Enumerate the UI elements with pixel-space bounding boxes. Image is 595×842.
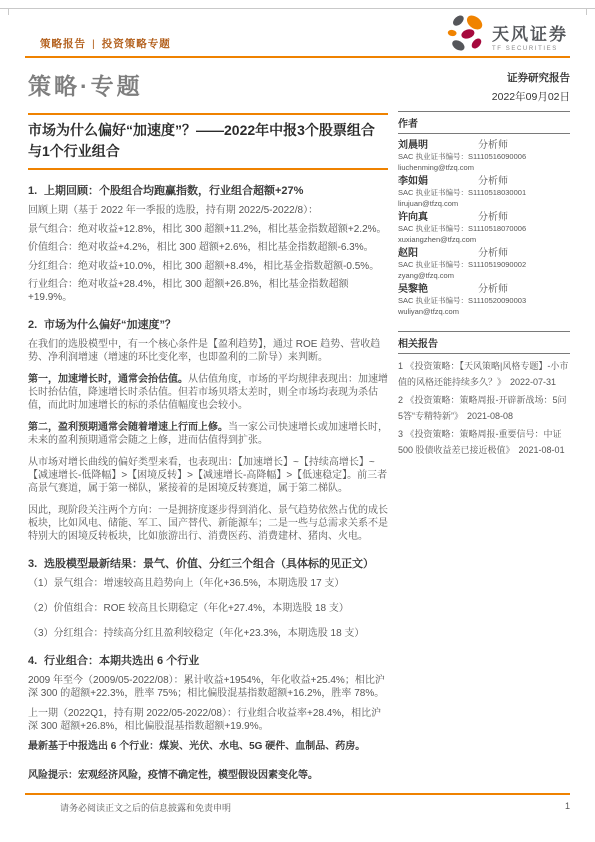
author-email: xuxiangzhen@tfzq.com bbox=[398, 235, 570, 245]
report-type: 策略报告 bbox=[40, 38, 86, 50]
report-date-text: 2022-07-31 bbox=[510, 377, 556, 387]
author-entry: 李如娟分析师 SAC 执业证书编号：S1110518030001 lirujua… bbox=[398, 176, 570, 208]
paragraph: 第二，盈利预期通常会随着增速上行而上修。当一家公司快速增长或加速增长时，未来的盈… bbox=[28, 421, 388, 447]
paragraph: 第一，加速增长时，通常会抬估值。从估值角度，市场的平均规律表现出：加速增长时抬估… bbox=[28, 373, 388, 412]
paragraph-bold: 第一，加速增长时，通常会抬估值。 bbox=[28, 374, 188, 385]
sidebar: 证券研究报告 2022年09月02日 作者 刘晨明分析师 SAC 执业证书编号：… bbox=[398, 66, 570, 782]
section-heading-text: 市场为什么偏好“加速度”？ bbox=[44, 319, 176, 331]
paragraph-text: （1）景气组合：增速较高且趋势向上（年化+36.5%，本期选股 17 支） bbox=[28, 578, 344, 589]
paragraph: 从市场对增长曲线的偏好类型来看，也表现出：【加速增长】~【持续高增长】~【减速增… bbox=[28, 456, 388, 495]
author-name: 许向真 bbox=[398, 212, 478, 223]
brand-name: 天风证券 TF SECURITIES bbox=[492, 20, 568, 52]
section-heading: 3.选股模型最新结果：景气、价值、分红三个组合（具体标的见正文） bbox=[28, 555, 388, 571]
related-report-item: 1 《投资策略：【天风策略|风格专题】-小市值的风格还能持续多久？》2022-0… bbox=[398, 359, 570, 390]
report-page: 策略报告|投资策略专题 天风证券 TF SECURITIES 策略· bbox=[0, 0, 595, 842]
author-cert: SAC 执业证书编号：S1110519090002 bbox=[398, 260, 570, 270]
author-role: 分析师 bbox=[478, 248, 508, 259]
paragraph: 上一期（2022Q1，持有期 2022/05-2022/08）：行业组合收益率+… bbox=[28, 707, 388, 733]
paragraph-text: 2009 年至今（2009/05-2022/08）：累计收益+1954%，年化收… bbox=[28, 675, 385, 699]
paragraph-text: （3）分红组合：持续高分红且盈利较稳定（年化+23.3%，本期选股 18 支） bbox=[28, 628, 364, 639]
breadcrumb-separator: | bbox=[92, 38, 96, 50]
paragraph-text: 上一期（2022Q1，持有期 2022/05-2022/08）：行业组合收益率+… bbox=[28, 708, 381, 732]
author-entry: 刘晨明分析师 SAC 执业证书编号：S1110516090006 liuchen… bbox=[398, 140, 570, 172]
footer-disclaimer: 请务必阅读正文之后的信息披露和免责申明 bbox=[25, 801, 231, 814]
page-trim-tick-left bbox=[8, 8, 9, 15]
author-role: 分析师 bbox=[478, 212, 508, 223]
tf-flower-logo-icon bbox=[445, 12, 487, 59]
paragraph-text: 价值组合：绝对收益+4.2%，相比 300 超额+2.6%，相比基金指数超额-6… bbox=[28, 242, 374, 253]
author-role: 分析师 bbox=[478, 176, 508, 187]
related-reports-label: 相关报告 bbox=[398, 331, 570, 354]
related-report-item: 3 《投资策略：策略周报-重要信号：中证 500 股债收益差已接近极值》2021… bbox=[398, 427, 570, 458]
page-footer: 请务必阅读正文之后的信息披露和免责申明 1 bbox=[25, 793, 570, 814]
brand-name-cn: 天风证券 bbox=[492, 20, 568, 45]
section-heading: 4.行业组合：本期共选出 6 个行业 bbox=[28, 652, 388, 668]
paragraph: 价值组合：绝对收益+4.2%，相比 300 超额+2.6%，相比基金指数超额-6… bbox=[28, 241, 388, 254]
page-trim-tick-right bbox=[586, 8, 587, 15]
author-email: lirujuan@tfzq.com bbox=[398, 199, 570, 209]
author-entry: 赵阳分析师 SAC 执业证书编号：S1110519090002 zyang@tf… bbox=[398, 248, 570, 280]
brand-logo: 天风证券 TF SECURITIES bbox=[445, 12, 568, 59]
report-breadcrumb: 策略报告|投资策略专题 bbox=[40, 36, 171, 51]
section-review: 1.上期回顾：个股组合均跑赢指数，行业组合超额+27% 回顾上期（基于 2022… bbox=[28, 182, 388, 304]
related-reports-list: 1 《投资策略：【天风策略|风格专题】-小市值的风格还能持续多久？》2022-0… bbox=[398, 359, 570, 458]
paragraph-text: 分红组合：绝对收益+10.0%，相比 300 超额+8.4%，相比基金指数超额-… bbox=[28, 261, 379, 272]
brand-name-en: TF SECURITIES bbox=[492, 46, 568, 52]
paragraph-text: （2）价值组合：ROE 较高且长期稳定（年化+27.4%，本期选股 18 支） bbox=[28, 603, 349, 614]
paragraph: 在我们的选股模型中，有一个核心条件是【盈利趋势】，通过 ROE 趋势、营收趋势、… bbox=[28, 338, 388, 364]
author-cert: SAC 执业证书编号：S1110518030001 bbox=[398, 188, 570, 198]
paragraph-text: 回顾上期（基于 2022 年一季报的选股，持有期 2022/5-2022/8）： bbox=[28, 205, 318, 216]
paragraph-text: 从市场对增长曲线的偏好类型来看，也表现出：【加速增长】~【持续高增长】~【减速增… bbox=[28, 457, 387, 494]
paragraph: 因此，现阶段关注两个方向：一是拥挤度逐步得到消化、景气趋势依然占优的成长板块，比… bbox=[28, 504, 388, 543]
section-why-acceleration: 2.市场为什么偏好“加速度”？ 在我们的选股模型中，有一个核心条件是【盈利趋势】… bbox=[28, 316, 388, 543]
author-name: 刘晨明 bbox=[398, 140, 478, 151]
authors-label: 作者 bbox=[398, 111, 570, 134]
paragraph-text: 行业组合：绝对收益+28.4%，相比 300 超额+26.8%，相比基金指数超额… bbox=[28, 279, 349, 303]
author-entry: 许向真分析师 SAC 执业证书编号：S1110518070006 xuxiang… bbox=[398, 212, 570, 244]
risk-notice: 风险提示：宏观经济风险，疫情不确定性，模型假设因素变化等。 bbox=[28, 769, 388, 782]
report-title-block: 市场为什么偏好“加速度”？——2022年中报3个股票组合与1个行业组合 bbox=[28, 113, 388, 170]
main-column: 策略·专题 市场为什么偏好“加速度”？——2022年中报3个股票组合与1个行业组… bbox=[28, 66, 388, 782]
paragraph-bold: 第二，盈利预期通常会随着增速上行而上修。 bbox=[28, 422, 228, 433]
section-heading: 1.上期回顾：个股组合均跑赢指数，行业组合超额+27% bbox=[28, 182, 388, 198]
report-title: 市场为什么偏好“加速度”？——2022年中报3个股票组合与1个行业组合 bbox=[28, 120, 388, 162]
related-reports-box: 相关报告 1 《投资策略：【天风策略|风格专题】-小市值的风格还能持续多久？》2… bbox=[398, 331, 570, 458]
top-bar: 策略报告|投资策略专题 天风证券 TF SECURITIES bbox=[25, 18, 570, 58]
related-report-item: 2 《投资策略：策略周报-开辟新战场：5问5答“专精特新”》2021-08-08 bbox=[398, 393, 570, 424]
section-number: 2. bbox=[28, 319, 44, 331]
author-cert: SAC 执业证书编号：S1110518070006 bbox=[398, 224, 570, 234]
author-cert: SAC 执业证书编号：S1110516090006 bbox=[398, 152, 570, 162]
paragraph-text: 景气组合：绝对收益+12.8%，相比 300 超额+11.2%，相比基金指数超额… bbox=[28, 224, 387, 235]
paragraph-text: 因此，现阶段关注两个方向：一是拥挤度逐步得到消化、景气趋势依然占优的成长板块，比… bbox=[28, 505, 388, 542]
paragraph: （2）价值组合：ROE 较高且长期稳定（年化+27.4%，本期选股 18 支） bbox=[28, 602, 388, 615]
section-heading-text: 选股模型最新结果：景气、价值、分红三个组合（具体标的见正文） bbox=[44, 558, 374, 570]
paragraph: （3）分红组合：持续高分红且盈利较稳定（年化+23.3%，本期选股 18 支） bbox=[28, 627, 388, 640]
page-number: 1 bbox=[565, 801, 570, 814]
paragraph: 回顾上期（基于 2022 年一季报的选股，持有期 2022/5-2022/8）： bbox=[28, 204, 388, 217]
author-email: zyang@tfzq.com bbox=[398, 271, 570, 281]
author-name: 李如娟 bbox=[398, 176, 478, 187]
author-entry: 吴黎艳分析师 SAC 执业证书编号：S1110520090003 wuliyan… bbox=[398, 284, 570, 316]
report-series: 投资策略专题 bbox=[102, 38, 171, 50]
author-name: 吴黎艳 bbox=[398, 284, 478, 295]
section-number: 4. bbox=[28, 655, 44, 667]
paragraph: （1）景气组合：增速较高且趋势向上（年化+36.5%，本期选股 17 支） bbox=[28, 577, 388, 590]
paragraph: 最新基于中报选出 6 个行业：煤炭、光伏、水电、5G 硬件、血制品、药房。 bbox=[28, 740, 388, 753]
paragraph: 景气组合：绝对收益+12.8%，相比 300 超额+11.2%，相比基金指数超额… bbox=[28, 223, 388, 236]
author-email: wuliyan@tfzq.com bbox=[398, 307, 570, 317]
report-date-text: 2021-08-01 bbox=[519, 445, 565, 455]
paragraph-text: 在我们的选股模型中，有一个核心条件是【盈利趋势】，通过 ROE 趋势、营收趋势、… bbox=[28, 339, 380, 363]
author-role: 分析师 bbox=[478, 140, 508, 151]
paragraph: 分红组合：绝对收益+10.0%，相比 300 超额+8.4%，相比基金指数超额-… bbox=[28, 260, 388, 273]
doc-type-label: 证券研究报告 bbox=[398, 70, 570, 85]
page-trim-line bbox=[0, 8, 595, 9]
section-number: 3. bbox=[28, 558, 44, 570]
section-number: 1. bbox=[28, 185, 44, 197]
section-heading-text: 行业组合：本期共选出 6 个行业 bbox=[44, 655, 199, 667]
paragraph: 行业组合：绝对收益+28.4%，相比 300 超额+26.8%，相比基金指数超额… bbox=[28, 278, 388, 304]
report-category-title: 策略·专题 bbox=[28, 68, 388, 101]
author-role: 分析师 bbox=[478, 284, 508, 295]
author-name: 赵阳 bbox=[398, 248, 478, 259]
paragraph: 2009 年至今（2009/05-2022/08）：累计收益+1954%，年化收… bbox=[28, 674, 388, 700]
section-industry-portfolio: 4.行业组合：本期共选出 6 个行业 2009 年至今（2009/05-2022… bbox=[28, 652, 388, 753]
section-heading: 2.市场为什么偏好“加速度”？ bbox=[28, 316, 388, 332]
author-email: liuchenming@tfzq.com bbox=[398, 163, 570, 173]
page-content: 策略·专题 市场为什么偏好“加速度”？——2022年中报3个股票组合与1个行业组… bbox=[28, 66, 570, 782]
section-heading-text: 上期回顾：个股组合均跑赢指数，行业组合超额+27% bbox=[44, 185, 303, 197]
report-date-text: 2021-08-08 bbox=[467, 411, 513, 421]
author-cert: SAC 执业证书编号：S1110520090003 bbox=[398, 296, 570, 306]
paragraph-bold: 最新基于中报选出 6 个行业：煤炭、光伏、水电、5G 硬件、血制品、药房。 bbox=[28, 741, 365, 752]
section-model-results: 3.选股模型最新结果：景气、价值、分红三个组合（具体标的见正文） （1）景气组合… bbox=[28, 555, 388, 640]
report-date: 2022年09月02日 bbox=[398, 89, 570, 104]
authors-list: 刘晨明分析师 SAC 执业证书编号：S1110516090006 liuchen… bbox=[398, 140, 570, 316]
